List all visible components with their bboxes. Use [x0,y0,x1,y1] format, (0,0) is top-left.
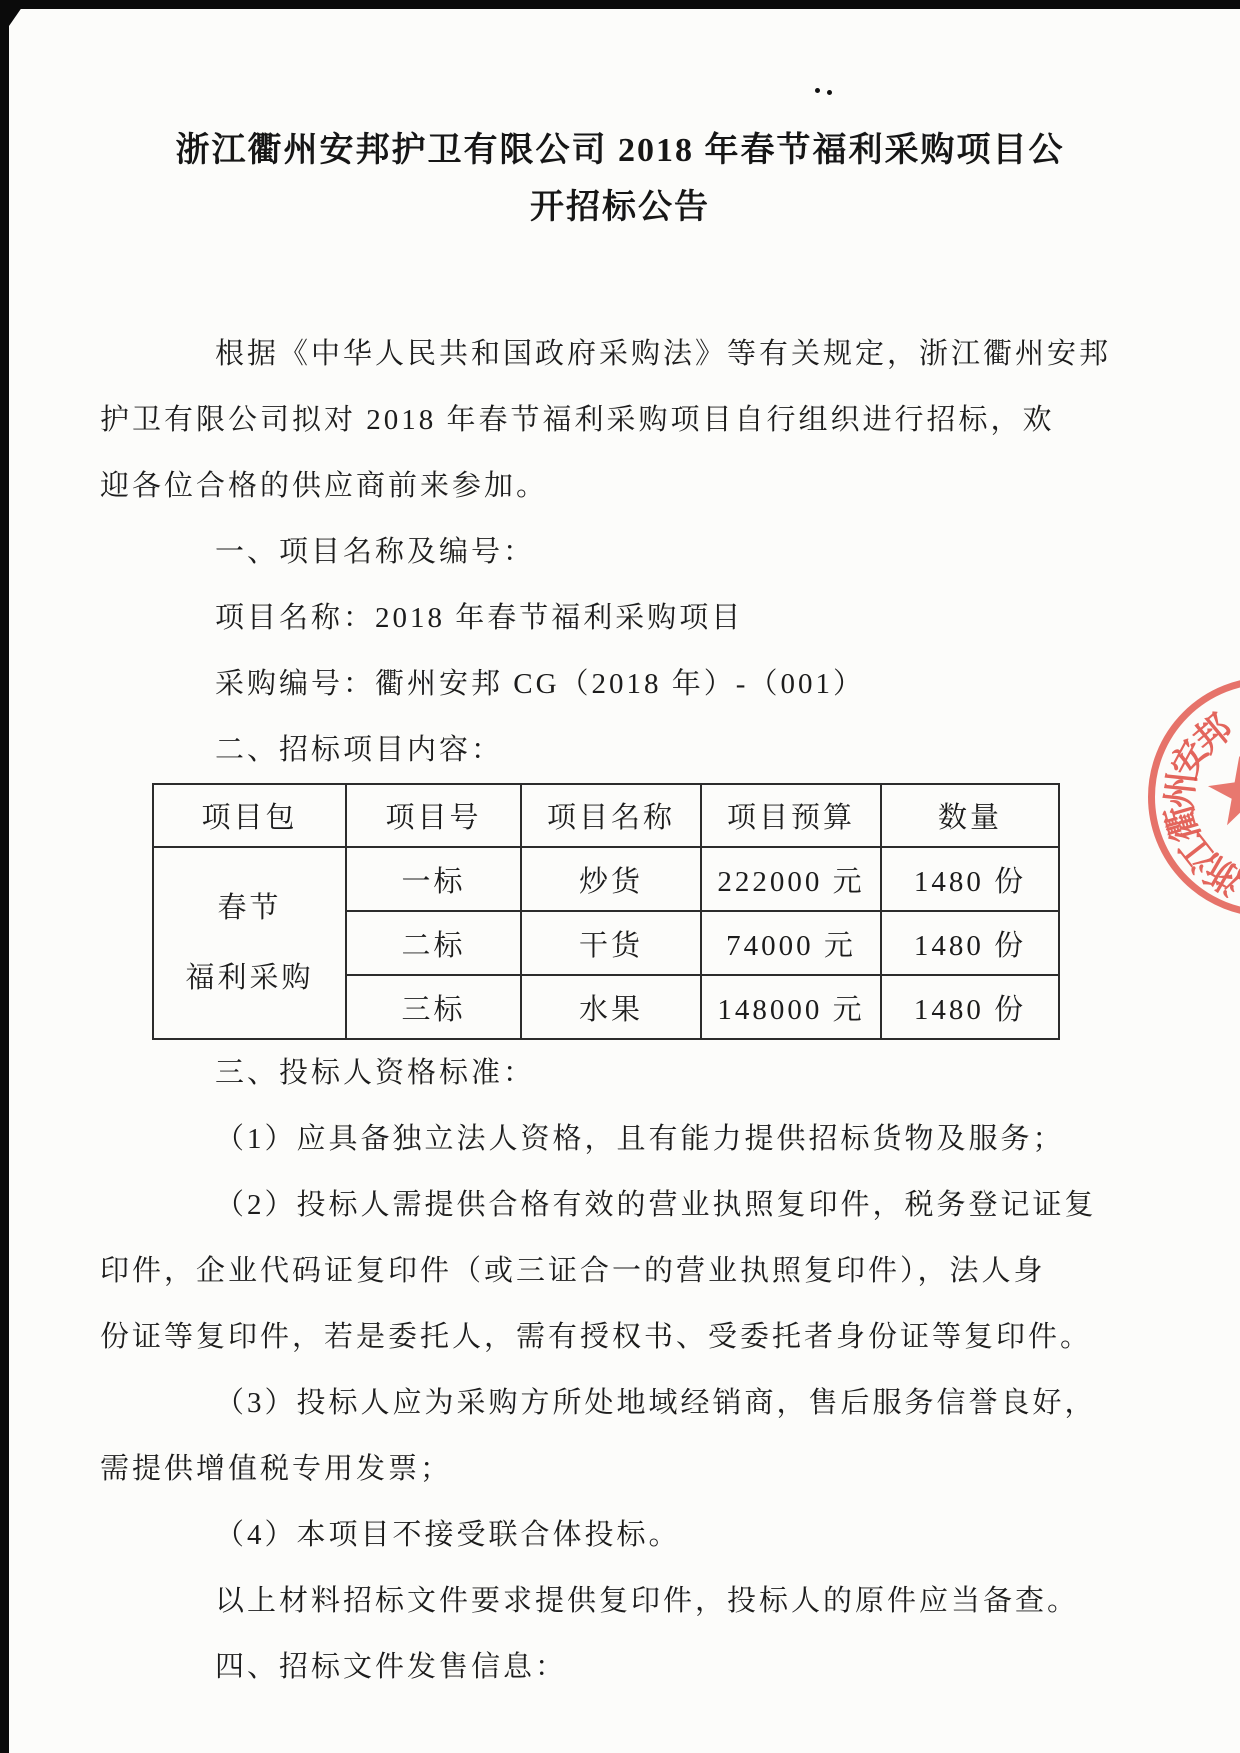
section-heading-3: 三、投标人资格标准： [100,1040,1145,1106]
scan-edge-top [0,0,1240,9]
project-name-line: 项目名称：2018 年春节福利采购项目 [100,585,1145,651]
document-title-line2: 开招标公告 [0,179,1240,236]
col-header-quantity: 数量 [881,784,1059,847]
body-line: （1）应具备独立法人资格，且有能力提供招标货物及服务； [100,1106,1145,1172]
scan-edge-left [0,0,9,1753]
budget-cell: 74000 元 [701,911,881,975]
col-header-lot: 项目号 [346,784,521,847]
lot-cell: 二标 [346,911,521,975]
table-header-row: 项目包 项目号 项目名称 项目预算 数量 [153,784,1059,847]
package-cell-line2: 福利采购 [154,943,345,1013]
document-title: 浙江衢州安邦护卫有限公司 2018 年春节福利采购项目公 开招标公告 [0,0,1240,236]
document-body: 根据《中华人民共和国政府采购法》等有关规定，浙江衢州安邦 护卫有限公司拟对 20… [0,321,1240,1700]
body-line: 以上材料招标文件要求提供复印件，投标人的原件应当备查。 [100,1568,1145,1634]
body-line: 根据《中华人民共和国政府采购法》等有关规定，浙江衢州安邦 [100,321,1145,387]
body-line: 份证等复印件，若是委托人，需有授权书、受委托者身份证等复印件。 [100,1304,1145,1370]
requirements-section: 三、投标人资格标准： （1）应具备独立法人资格，且有能力提供招标货物及服务； （… [100,1040,1145,1700]
lot-cell: 三标 [346,975,521,1039]
section-heading-1: 一、项目名称及编号： [100,519,1145,585]
quantity-cell: 1480 份 [881,975,1059,1039]
scan-dot [815,88,820,93]
body-line: 印件，企业代码证复印件（或三证合一的营业执照复印件），法人身 [100,1238,1145,1304]
body-line: 需提供增值税专用发票； [100,1436,1145,1502]
name-cell: 水果 [521,975,701,1039]
budget-cell: 222000 元 [701,847,881,911]
scan-dot [827,90,832,95]
document-title-line1: 浙江衢州安邦护卫有限公司 2018 年春节福利采购项目公 [0,122,1240,179]
body-line: （3）投标人应为采购方所处地域经销商，售后服务信誉良好， [100,1370,1145,1436]
scan-dot-marks [815,88,839,106]
section-heading-4: 四、招标文件发售信息： [100,1634,1145,1700]
body-line: 护卫有限公司拟对 2018 年春节福利采购项目自行组织进行招标，欢 [100,387,1145,453]
body-line: （2）投标人需提供合格有效的营业执照复印件，税务登记证复 [100,1172,1145,1238]
col-header-package: 项目包 [153,784,346,847]
procurement-items-table: 项目包 项目号 项目名称 项目预算 数量 春节 福利采购 一标 炒货 22200… [152,783,1060,1040]
package-cell-line1: 春节 [154,873,345,943]
body-line: （4）本项目不接受联合体投标。 [100,1502,1145,1568]
quantity-cell: 1480 份 [881,847,1059,911]
quantity-cell: 1480 份 [881,911,1059,975]
intro-section: 根据《中华人民共和国政府采购法》等有关规定，浙江衢州安邦 护卫有限公司拟对 20… [100,321,1145,783]
name-cell: 干货 [521,911,701,975]
col-header-budget: 项目预算 [701,784,881,847]
budget-cell: 148000 元 [701,975,881,1039]
name-cell: 炒货 [521,847,701,911]
package-cell: 春节 福利采购 [153,847,346,1039]
procurement-number-line: 采购编号：衢州安邦 CG（2018 年）-（001） [100,651,1145,717]
scanned-document-page: 浙江衢州安邦护卫有限公司 2018 年春节福利采购项目公 开招标公告 根据《中华… [0,0,1240,1753]
body-line: 迎各位合格的供应商前来参加。 [100,453,1145,519]
lot-cell: 一标 [346,847,521,911]
section-heading-2: 二、招标项目内容： [100,717,1145,783]
table-row: 春节 福利采购 一标 炒货 222000 元 1480 份 [153,847,1059,911]
col-header-name: 项目名称 [521,784,701,847]
scan-edge-corner [9,0,27,26]
